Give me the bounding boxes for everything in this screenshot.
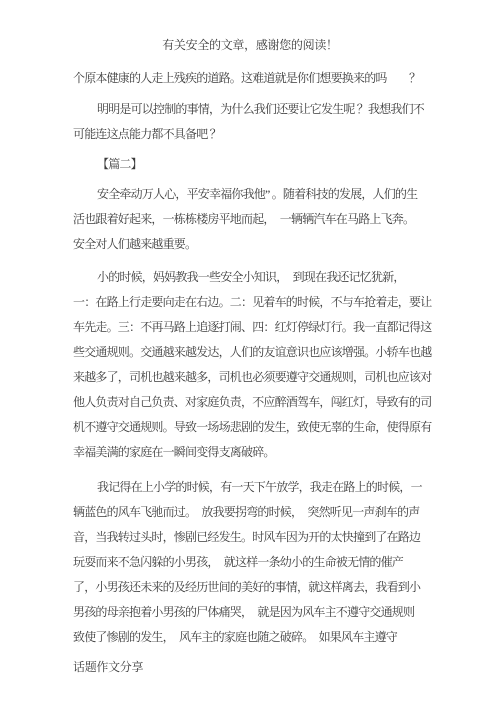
document-page: 有关安全的文章，感谢您的阅读！ 个原本健康的人走上残疾的道路。这难道就是你们想要… [0, 0, 500, 708]
document-line: 可能连这点能力都不具备吧 ？ [73, 122, 432, 147]
document-line: 小的时候，妈妈教我一些安全小知识， 到现在我还记忆犹新， [73, 265, 432, 290]
paragraph: 我记得在上小学的时候，有一天下午放学，我走在路上的时候，一 辆蓝色的风车飞驰而过… [73, 475, 432, 650]
document-line: 车先走。三：不再马路上追逐打闹、四：红灯停绿灯行。我一直都记得这 [73, 315, 432, 340]
document-line: 辆蓝色的风车飞驰而过。 放我要拐弯的时候， 突然听见一声刹车的声 [73, 500, 432, 525]
document-line: 来越多了，司机也越来越多，司机也必须要遵守交通规则，司机也应该对 [73, 365, 432, 390]
document-line: 些交通规则。交通越来越发达，人们的友谊意识也应该增强。小轿车也越 [73, 340, 432, 365]
document-line: 明明是可以控制的事情，为什么我们还要让它发生呢 ？我想我们不 [73, 97, 432, 122]
footer-label: 话题作文分享 [0, 655, 500, 680]
document-line: 致使了惨剧的发生， 风车主的家庭也随之破碎。 如果风车主遵守 [73, 625, 432, 650]
document-line: 安全对人们越来越重要。 [73, 232, 432, 257]
section-marker: 【篇二】 [73, 152, 432, 177]
page-header-note: 有关安全的文章，感谢您的阅读！ [0, 0, 500, 54]
paragraph: 【篇二】 [73, 152, 432, 177]
paragraph: 个原本健康的人走上残疾的道路。这难道就是你们想要换来的吗 ？ [73, 66, 432, 91]
document-line: 幸福美满的家庭在一瞬间变得支离破碎。 [73, 440, 432, 465]
paragraph: 小的时候，妈妈教我一些安全小知识， 到现在我还记忆犹新， 一：在路上行走要向走在… [73, 265, 432, 465]
document-line: 音，当我转过头时，惨剧已经发生。时风车因为开的太快撞到了在路边 [73, 525, 432, 550]
paragraph: 安全牵动万人心，平安幸福你我他” 。随着科技的发展，人们的生 活也跟着好起来，一… [73, 182, 432, 257]
document-line: 活也跟着好起来，一栋栋楼房平地而起， 一辆辆汽车在马路上飞奔。 [73, 207, 432, 232]
document-line: 我记得在上小学的时候，有一天下午放学，我走在路上的时候，一 [73, 475, 432, 500]
document-line: 男孩的母亲抱着小男孩的尸体痛哭， 就是因为风车主不遵守交通规则 [73, 600, 432, 625]
document-line: 一：在路上行走要向走在右边。二：见着车的时候，不与车抢着走，要让 [73, 290, 432, 315]
paragraph: 明明是可以控制的事情，为什么我们还要让它发生呢 ？我想我们不 可能连这点能力都不… [73, 97, 432, 147]
document-line: 安全牵动万人心，平安幸福你我他” 。随着科技的发展，人们的生 [73, 182, 432, 207]
document-line: 机不遵守交通规则。导致一场场悲剧的发生，致使无辜的生命，使得原有 [73, 415, 432, 440]
document-line: 个原本健康的人走上残疾的道路。这难道就是你们想要换来的吗 ？ [73, 66, 432, 91]
document-line: 了，小男孩还未来的及经历世间的美好的事情，就这样离去，我看到小 [73, 575, 432, 600]
document-line: 他人负责对自己负责、对家庭负责，不应醉酒驾车，闯红灯，导致有的司 [73, 390, 432, 415]
document-body: 个原本健康的人走上残疾的道路。这难道就是你们想要换来的吗 ？ 明明是可以控制的事… [0, 66, 500, 650]
document-line: 玩耍而来不急闪躲的小男孩， 就这样一条幼小的生命被无情的催产 [73, 550, 432, 575]
